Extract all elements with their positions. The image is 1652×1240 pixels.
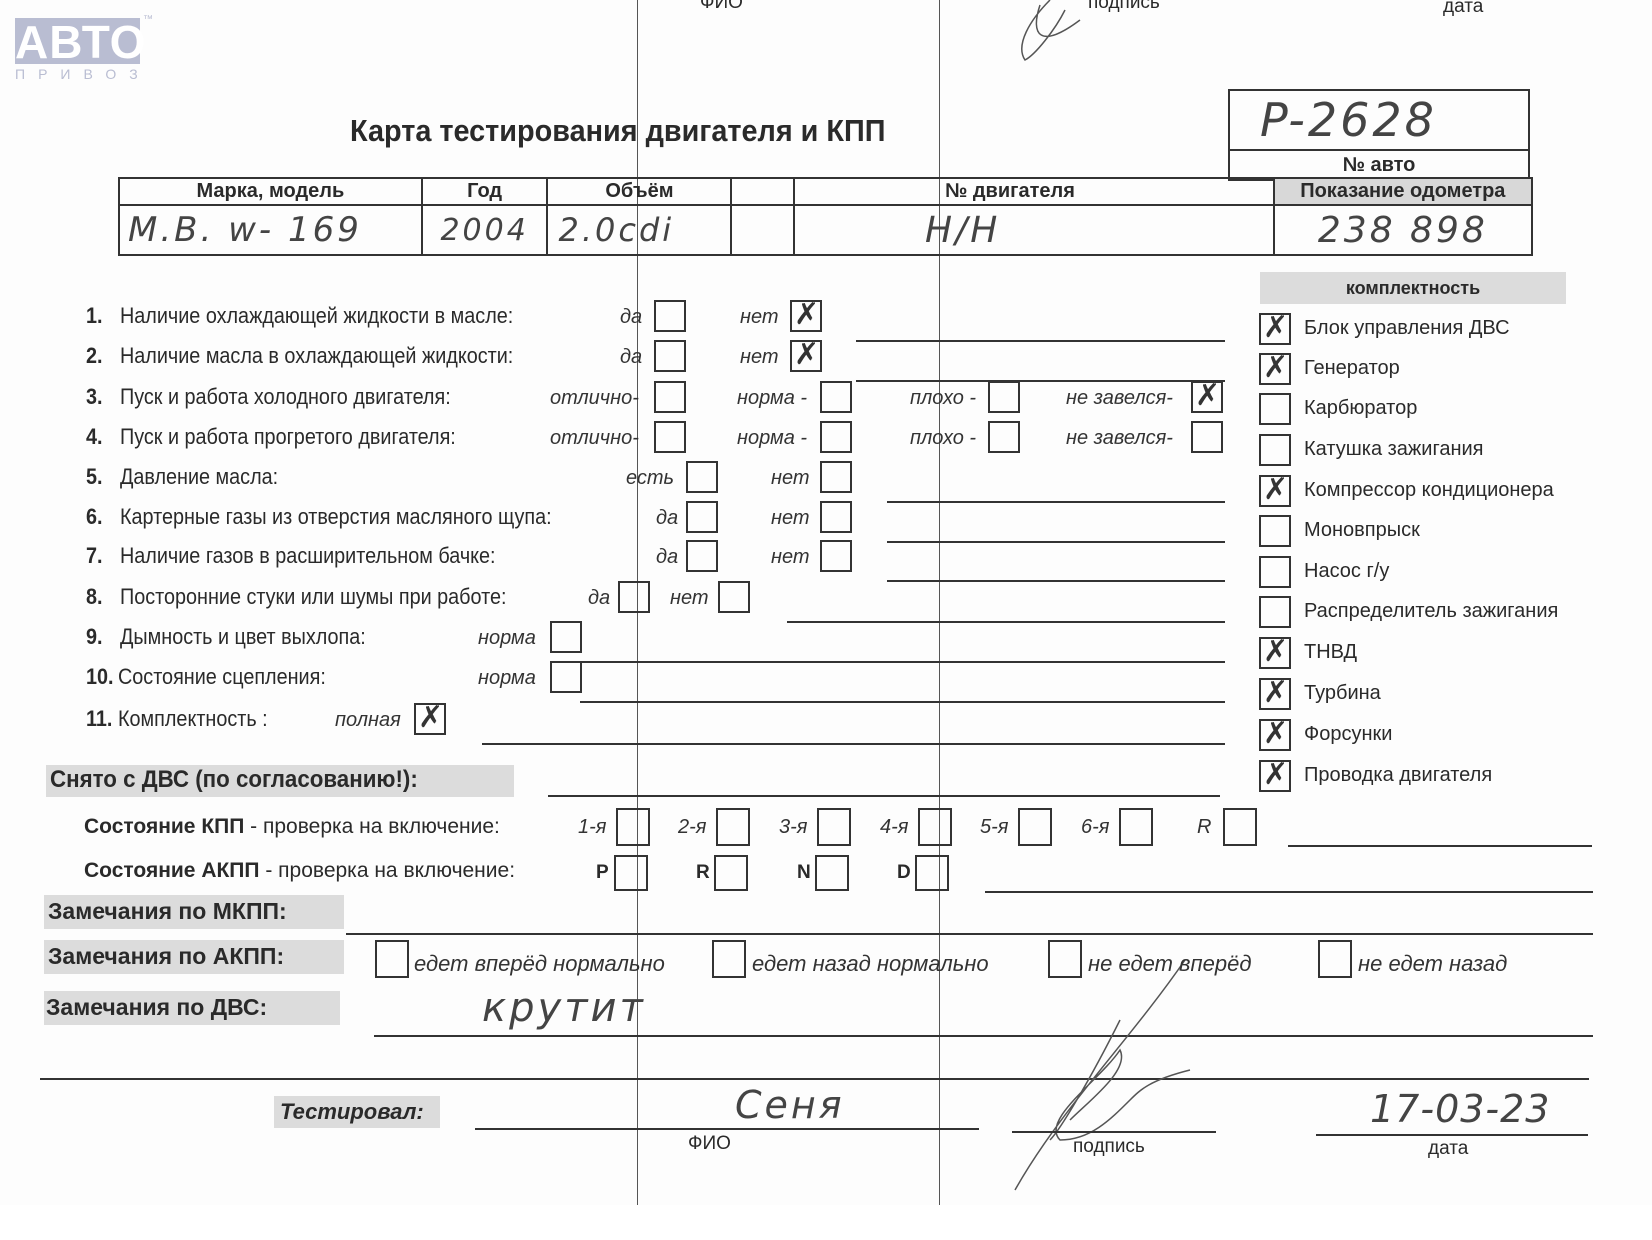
completeness-checkbox[interactable]: ✗ bbox=[1259, 719, 1291, 751]
manual-gearbox-notes-field[interactable] bbox=[1288, 845, 1592, 847]
top-date-label: дата bbox=[1443, 0, 1483, 18]
auto-remark-label: не едет назад bbox=[1358, 951, 1507, 977]
question-number: 4. bbox=[86, 424, 103, 450]
option-checkbox[interactable] bbox=[820, 540, 852, 572]
col-year: Год bbox=[422, 178, 548, 205]
checkmark-icon: ✗ bbox=[794, 340, 819, 370]
question-text: Дымность и цвет выхлопа: bbox=[120, 624, 366, 650]
date-field[interactable] bbox=[1316, 1134, 1588, 1136]
option-checkbox[interactable]: ✗ bbox=[790, 300, 822, 332]
option-label: норма - bbox=[737, 387, 807, 410]
auto-remark-label: едет вперёд нормально bbox=[414, 951, 665, 977]
gear-label: 2-я bbox=[678, 816, 706, 839]
option-label: нет bbox=[771, 507, 810, 530]
top-fio-label: ФИО bbox=[700, 0, 743, 14]
completeness-checkbox[interactable]: ✗ bbox=[1259, 353, 1291, 385]
completeness-checkbox[interactable]: ✗ bbox=[1259, 313, 1291, 345]
logo-sub: ПРИВОЗ bbox=[15, 66, 151, 82]
auto-gear-checkbox[interactable] bbox=[915, 855, 949, 891]
gear-label: 6-я bbox=[1081, 816, 1109, 839]
option-label: отлично- bbox=[550, 387, 639, 410]
question-notes-field[interactable] bbox=[856, 380, 1225, 382]
auto-gear-checkbox[interactable] bbox=[714, 855, 748, 891]
completeness-checkbox[interactable]: ✗ bbox=[1259, 678, 1291, 710]
checkmark-icon: ✗ bbox=[1263, 313, 1288, 343]
question-number: 5. bbox=[86, 464, 103, 490]
option-label: нет bbox=[670, 587, 709, 610]
manual-gearbox-label-bold: Состояние КПП bbox=[84, 815, 244, 838]
question-notes-field[interactable] bbox=[580, 701, 1225, 703]
remarks-engine-field[interactable] bbox=[374, 1035, 1593, 1037]
auto-gear-label: N bbox=[797, 862, 811, 884]
tester-signature bbox=[1000, 960, 1220, 1200]
signature-field[interactable] bbox=[1012, 1131, 1216, 1133]
logo-main: АВТО bbox=[15, 18, 140, 64]
option-label: норма - bbox=[737, 427, 807, 450]
gear-label: 3-я bbox=[779, 816, 807, 839]
option-checkbox[interactable] bbox=[686, 501, 718, 533]
col-engine-number: № двигателя bbox=[794, 178, 1274, 205]
removed-from-engine-label: Снято с ДВС (по согласованию!): bbox=[50, 766, 418, 794]
car-number-box: P-2628 bbox=[1228, 89, 1530, 151]
option-label: да bbox=[656, 507, 678, 530]
question-text: Наличие охлаждающей жидкости в масле: bbox=[120, 303, 513, 329]
car-number-value: P-2628 bbox=[1260, 93, 1437, 147]
question-text: Наличие масла в охлаждающей жидкости: bbox=[120, 343, 513, 369]
question-text: Комплектность : bbox=[118, 706, 268, 732]
option-label: норма bbox=[478, 667, 536, 690]
checkmark-icon: ✗ bbox=[1263, 637, 1288, 667]
option-label: есть bbox=[626, 467, 674, 490]
question-text: Давление масла: bbox=[120, 464, 278, 490]
completeness-title: комплектность bbox=[1260, 272, 1566, 304]
checkmark-icon: ✗ bbox=[418, 703, 443, 733]
col-make-model: Марка, модель bbox=[119, 178, 422, 205]
col-volume: Объём bbox=[547, 178, 731, 205]
auto-remark-checkbox[interactable] bbox=[1048, 940, 1082, 978]
remarks-engine-label: Замечания по ДВС: bbox=[46, 994, 267, 1021]
question-number: 2. bbox=[86, 343, 103, 369]
gear-checkbox[interactable] bbox=[1018, 808, 1052, 846]
option-label: отлично- bbox=[550, 427, 639, 450]
question-number: 9. bbox=[86, 624, 103, 650]
gear-label: 5-я bbox=[980, 816, 1008, 839]
tested-by-label: Тестировал: bbox=[280, 1099, 424, 1125]
question-notes-field[interactable] bbox=[887, 501, 1225, 503]
option-checkbox[interactable] bbox=[550, 661, 582, 693]
question-notes-field[interactable] bbox=[856, 340, 1225, 342]
signature-label: подпись bbox=[1073, 1136, 1145, 1158]
completeness-checkbox[interactable] bbox=[1259, 393, 1291, 425]
question-notes-field[interactable] bbox=[787, 621, 1225, 623]
option-checkbox[interactable] bbox=[654, 300, 686, 332]
completeness-item-label: Моновпрыск bbox=[1304, 519, 1420, 542]
option-checkbox[interactable] bbox=[1191, 421, 1223, 453]
top-signature-scribble bbox=[1010, 0, 1090, 70]
option-checkbox[interactable] bbox=[618, 581, 650, 613]
option-label: нет bbox=[740, 306, 779, 329]
col-odometer: Показание одометра bbox=[1274, 178, 1532, 205]
completeness-item-label: Проводка двигателя bbox=[1304, 764, 1492, 787]
option-checkbox[interactable] bbox=[686, 540, 718, 572]
option-label: не завелся- bbox=[1066, 427, 1173, 450]
completeness-item-label: Карбюратор bbox=[1304, 397, 1417, 420]
option-checkbox[interactable] bbox=[988, 421, 1020, 453]
gear-checkbox[interactable] bbox=[1223, 808, 1257, 846]
fio-label: ФИО bbox=[688, 1133, 731, 1155]
auto-remark-checkbox[interactable] bbox=[712, 940, 746, 978]
auto-remark-checkbox[interactable] bbox=[1318, 940, 1352, 978]
question-text: Пуск и работа холодного двигателя: bbox=[120, 384, 451, 410]
option-checkbox[interactable] bbox=[654, 340, 686, 372]
gear-checkbox[interactable] bbox=[1119, 808, 1153, 846]
auto-gear-label: D bbox=[897, 862, 911, 884]
year-value: 2004 bbox=[422, 205, 548, 255]
completeness-item-label: Катушка зажигания bbox=[1304, 438, 1484, 461]
completeness-item-label: Блок управления ДВС bbox=[1304, 317, 1510, 340]
auto-remark-label: не едет вперёд bbox=[1088, 951, 1252, 977]
auto-gearbox-label-bold: Состояние АКПП bbox=[84, 859, 260, 882]
question-notes-field[interactable] bbox=[482, 743, 1225, 745]
option-label: да bbox=[620, 306, 642, 329]
option-checkbox[interactable] bbox=[550, 621, 582, 653]
option-checkbox[interactable] bbox=[654, 421, 686, 453]
question-notes-field[interactable] bbox=[580, 661, 1225, 663]
auto-gear-checkbox[interactable] bbox=[614, 855, 648, 891]
test-card-page: АВТО ™ ПРИВОЗ ФИО подпись дата Карта тес… bbox=[0, 0, 1652, 1205]
completeness-checkbox[interactable] bbox=[1259, 434, 1291, 466]
option-label: норма bbox=[478, 627, 536, 650]
question-text: Картерные газы из отверстия масляного щу… bbox=[120, 504, 552, 530]
option-label: да bbox=[620, 346, 642, 369]
question-notes-field[interactable] bbox=[887, 580, 1225, 582]
vehicle-info-table: Марка, модель Год Объём № двигателя Пока… bbox=[118, 177, 1533, 256]
test-date: 17-03-23 bbox=[1370, 1087, 1550, 1131]
completeness-checkbox[interactable]: ✗ bbox=[1259, 475, 1291, 507]
option-label: плохо - bbox=[910, 427, 976, 450]
question-text: Пуск и работа прогретого двигателя: bbox=[120, 424, 456, 450]
manual-gearbox-label: Состояние КПП - проверка на включение: bbox=[84, 815, 500, 839]
odometer-value: 238 898 bbox=[1274, 205, 1532, 255]
remarks-manual-field[interactable] bbox=[346, 933, 1593, 935]
remarks-manual-label: Замечания по МКПП: bbox=[48, 898, 287, 925]
option-label: да bbox=[656, 546, 678, 569]
option-checkbox[interactable] bbox=[820, 501, 852, 533]
make-model-value: M.B. w- 169 bbox=[119, 205, 422, 255]
gear-checkbox[interactable] bbox=[817, 808, 851, 846]
question-text: Наличие газов в расширительном бачке: bbox=[120, 543, 496, 569]
option-checkbox[interactable] bbox=[654, 381, 686, 413]
completeness-item-label: Насос г/у bbox=[1304, 560, 1389, 583]
option-label: да bbox=[588, 587, 610, 610]
question-number: 7. bbox=[86, 543, 103, 569]
gear-checkbox[interactable] bbox=[616, 808, 650, 846]
option-checkbox[interactable] bbox=[686, 461, 718, 493]
option-checkbox[interactable] bbox=[820, 461, 852, 493]
question-number: 10. bbox=[86, 664, 114, 690]
tester-name: Сеня bbox=[735, 1083, 845, 1127]
completeness-item-label: ТНВД bbox=[1304, 641, 1357, 664]
completeness-checkbox[interactable] bbox=[1259, 556, 1291, 588]
auto-gearbox-label: Состояние АКПП - проверка на включение: bbox=[84, 859, 515, 883]
question-number: 6. bbox=[86, 504, 103, 530]
logo-tm: ™ bbox=[143, 14, 153, 25]
completeness-item-label: Турбина bbox=[1304, 682, 1381, 705]
checkmark-icon: ✗ bbox=[1263, 719, 1288, 749]
question-number: 11. bbox=[86, 706, 112, 732]
option-checkbox[interactable]: ✗ bbox=[790, 340, 822, 372]
page-title: Карта тестирования двигателя и КПП bbox=[350, 113, 885, 149]
checkmark-icon: ✗ bbox=[1263, 353, 1288, 383]
checkmark-icon: ✗ bbox=[794, 300, 819, 330]
auto-gearbox-label-rest: - проверка на включение: bbox=[260, 859, 516, 882]
question-text: Состояние сцепления: bbox=[118, 664, 326, 690]
blank-value bbox=[731, 205, 794, 255]
option-checkbox[interactable] bbox=[820, 381, 852, 413]
checkmark-icon: ✗ bbox=[1195, 381, 1220, 411]
checkmark-icon: ✗ bbox=[1263, 678, 1288, 708]
col-blank bbox=[731, 178, 794, 205]
manual-gearbox-label-rest: - проверка на включение: bbox=[244, 815, 500, 838]
question-number: 3. bbox=[86, 384, 103, 410]
avtoprivoz-logo: АВТО ™ ПРИВОЗ bbox=[15, 18, 151, 82]
top-signature-label: подпись bbox=[1088, 0, 1160, 14]
auto-gear-label: P bbox=[596, 862, 609, 884]
completeness-checkbox[interactable] bbox=[1259, 596, 1291, 628]
option-checkbox[interactable] bbox=[988, 381, 1020, 413]
completeness-checkbox[interactable] bbox=[1259, 515, 1291, 547]
option-label: нет bbox=[771, 467, 810, 490]
gear-checkbox[interactable] bbox=[716, 808, 750, 846]
question-number: 1. bbox=[86, 303, 103, 329]
completeness-checkbox[interactable]: ✗ bbox=[1259, 760, 1291, 792]
gear-label: 4-я bbox=[880, 816, 908, 839]
auto-remark-label: едет назад нормально bbox=[752, 951, 989, 977]
auto-gear-label: R bbox=[696, 862, 710, 884]
option-label: полная bbox=[335, 709, 401, 732]
option-label: не завелся- bbox=[1066, 387, 1173, 410]
remarks-engine-value: крутит bbox=[482, 985, 646, 1031]
completeness-item-label: Генератор bbox=[1304, 357, 1400, 380]
volume-value: 2.0cdi bbox=[547, 205, 731, 255]
date-label: дата bbox=[1428, 1138, 1468, 1160]
completeness-checkbox[interactable]: ✗ bbox=[1259, 637, 1291, 669]
gear-label: 1-я bbox=[578, 816, 606, 839]
remarks-auto-label: Замечания по АКПП: bbox=[48, 943, 284, 970]
completeness-item-label: Компрессор кондиционера bbox=[1304, 479, 1554, 502]
remarks-engine-field-2[interactable] bbox=[40, 1078, 1589, 1080]
gear-label: R bbox=[1197, 816, 1211, 839]
question-notes-field[interactable] bbox=[887, 541, 1225, 543]
completeness-item-label: Распределитель зажигания bbox=[1304, 600, 1558, 623]
option-label: нет bbox=[740, 346, 779, 369]
auto-gearbox-notes-field[interactable] bbox=[985, 891, 1593, 893]
auto-gear-checkbox[interactable] bbox=[815, 855, 849, 891]
option-label: плохо - bbox=[910, 387, 976, 410]
option-checkbox[interactable]: ✗ bbox=[1191, 381, 1223, 413]
option-checkbox[interactable] bbox=[820, 421, 852, 453]
auto-remark-checkbox[interactable] bbox=[375, 940, 409, 978]
removed-from-engine-field[interactable] bbox=[548, 795, 1220, 797]
checkmark-icon: ✗ bbox=[1263, 475, 1288, 505]
gear-checkbox[interactable] bbox=[918, 808, 952, 846]
option-checkbox[interactable]: ✗ bbox=[414, 703, 446, 735]
option-checkbox[interactable] bbox=[718, 581, 750, 613]
tester-name-field[interactable] bbox=[475, 1128, 979, 1130]
engine-number-value: H/H bbox=[794, 205, 1274, 255]
question-number: 8. bbox=[86, 584, 103, 610]
question-text: Посторонние стуки или шумы при работе: bbox=[120, 584, 506, 610]
option-label: нет bbox=[771, 546, 810, 569]
checkmark-icon: ✗ bbox=[1263, 760, 1288, 790]
completeness-item-label: Форсунки bbox=[1304, 723, 1392, 746]
